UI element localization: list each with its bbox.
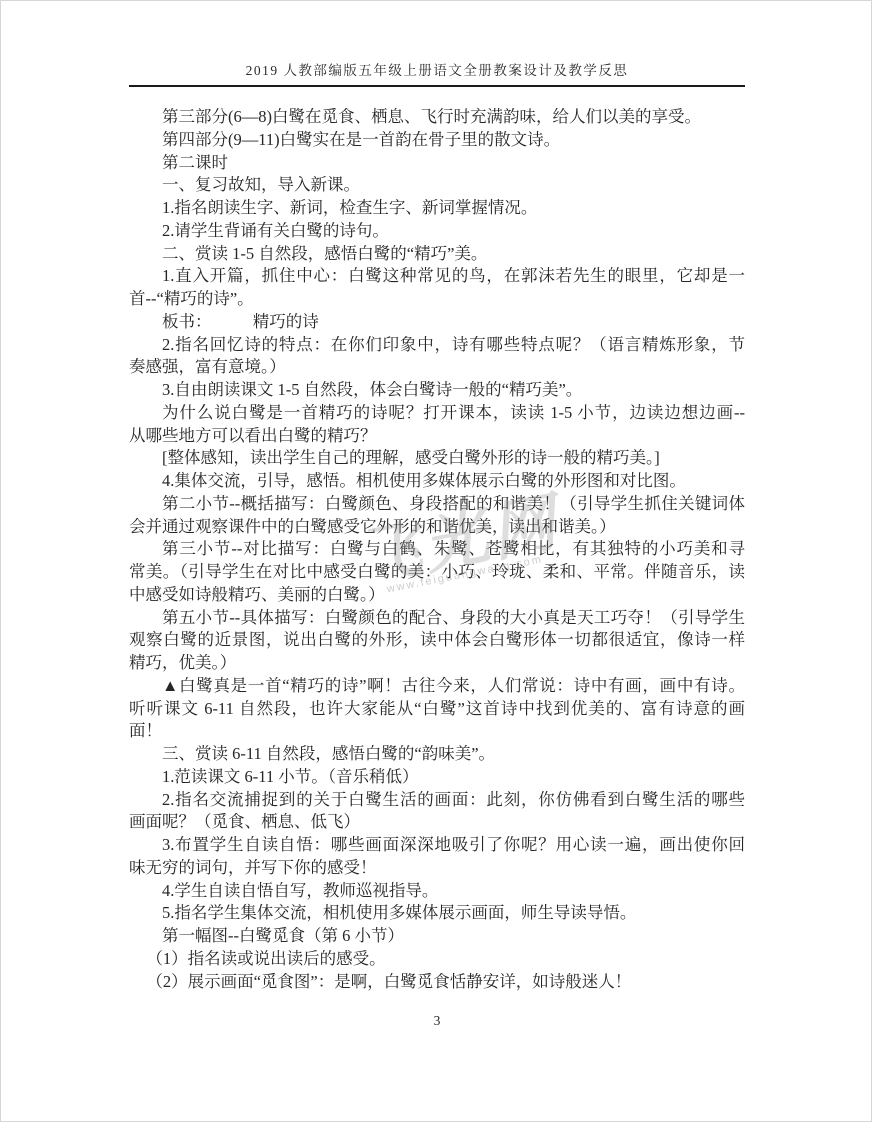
text-line: 第五小节--具体描写：白鹭颜色的配合、身段的大小真是天工巧夺！（引导学生 [129,607,745,630]
page-header-title: 2019 人教部编版五年级上册语文全册教案设计及教学反思 [129,59,745,79]
text-line: 会并通过观察课件中的白鹭感受它外形的和谐优美，读出和谐美。） [129,516,745,539]
text-line: 2.指名回忆诗的特点：在你们印象中，诗有哪些特点呢？（语言精炼形象，节 [129,334,745,357]
text-line: （2）展示画面“觅食图”：是啊，白鹭觅食恬静安详，如诗般迷人！ [129,971,745,994]
text-line: 4.集体交流，引导，感悟。相机使用多媒体展示白鹭的外形图和对比图。 [129,470,745,493]
text-line: 常美。（引导学生在对比中感受白鹭的美：小巧、玲珑、柔和、平常。伴随音乐，读 [129,561,745,584]
document-page: 2019 人教部编版五年级上册语文全册教案设计及教学反思 第三部分(6—8)白鹭… [0,0,872,1122]
text-line: 第三小节--对比描写：白鹭与白鹤、朱鹭、苍鹭相比，有其独特的小巧美和寻 [129,538,745,561]
text-line: 5.指名学生集体交流，相机使用多媒体展示画面，师生导读导悟。 [129,902,745,925]
text-line: 1.指名朗读生字、新词，检查生字、新词掌握情况。 [129,197,745,220]
text-line: 第三部分(6—8)白鹭在觅食、栖息、飞行时充满韵味，给人们以美的享受。 [129,106,745,129]
text-line: [整体感知，读出学生自己的理解，感受白鹭外形的诗一般的精巧美。] [129,447,745,470]
text-line: 2.请学生背诵有关白鹭的诗句。 [129,220,745,243]
text-line: 画面呢？（觅食、栖息、低飞） [129,811,745,834]
text-line: 三、赏读 6-11 自然段，感悟白鹭的“韵味美”。 [129,743,745,766]
text-line: 观察白鹭的近景图，说出白鹭的外形，读中体会白鹭形体一切都很适宜，像诗一样 [129,629,745,652]
text-line: 1.范读课文 6-11 小节。（音乐稍低） [129,766,745,789]
text-line: ▲白鹭真是一首“精巧的诗”啊！古往今来，人们常说：诗中有画，画中有诗。 [129,675,745,698]
text-line: 第二小节--概括描写：白鹭颜色、身段搭配的和谐美！（引导学生抓住关键词体 [129,493,745,516]
text-line: 第二课时 [129,152,745,175]
text-line: 首--“精巧的诗”。 [129,288,745,311]
text-line: 奏感强，富有意境。） [129,356,745,379]
text-line: 一、复习故知，导入新课。 [129,174,745,197]
text-line: 第四部分(9—11)白鹭实在是一首韵在骨子里的散文诗。 [129,129,745,152]
page-number: 3 [129,1013,745,1029]
text-line: 二、赏读 1-5 自然段，感悟白鹭的“精巧”美。 [129,243,745,266]
text-line: 中感受如诗般精巧、美丽的白鹭。） [129,584,745,607]
text-line: 板书： 精巧的诗 [129,311,745,334]
text-line: 为什么说白鹭是一首精巧的诗呢？打开课本，读读 1-5 小节，边读边想边画-- [129,402,745,425]
text-line: 味无穷的词句，并写下你的感受！ [129,857,745,880]
text-line: 第一幅图--白鹭觅食（第 6 小节） [129,925,745,948]
text-line: 面！ [129,720,745,743]
text-line: 3.自由朗读课文 1-5 自然段，体会白鹭诗一般的“精巧美”。 [129,379,745,402]
document-body: 第三部分(6—8)白鹭在觅食、栖息、飞行时充满韵味，给人们以美的享受。第四部分(… [129,106,745,993]
text-line: （1）指名读或说出读后的感受。 [129,948,745,971]
text-line: 从哪些地方可以看出白鹭的精巧？ [129,425,745,448]
text-line: 3.布置学生自读自悟：哪些画面深深地吸引了你呢？用心读一遍，画出使你回 [129,834,745,857]
text-line: 4.学生自读自悟自写，教师巡视指导。 [129,880,745,903]
text-line: 精巧，优美。） [129,652,745,675]
text-line: 2.指名交流捕捉到的关于白鹭生活的画面：此刻，你仿佛看到白鹭生活的哪些 [129,789,745,812]
text-line: 听听课文 6-11 自然段，也许大家能从“白鹭”这首诗中找到优美的、富有诗意的画 [129,698,745,721]
text-line: 1.直入开篇，抓住中心：白鹭这种常见的鸟，在郭沫若先生的眼里，它却是一 [129,265,745,288]
header-rule [129,85,745,87]
